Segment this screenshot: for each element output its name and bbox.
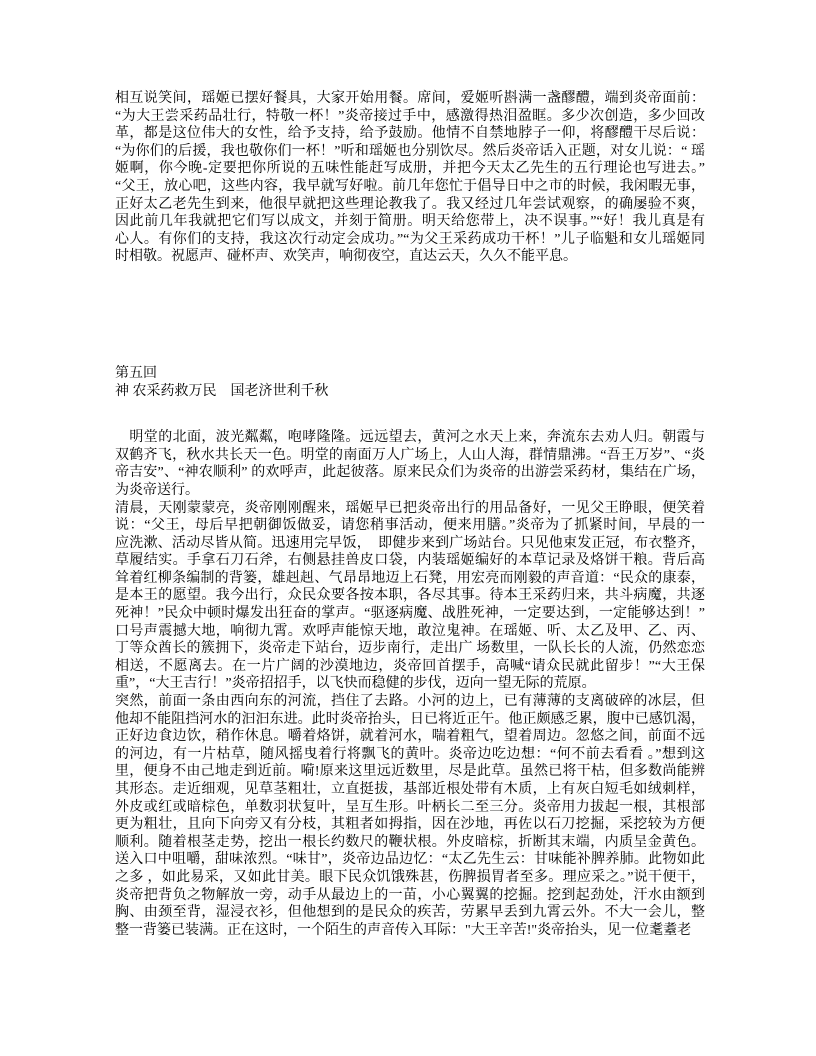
text-line: 其形态。走近细观，见草茎粗壮，立直挺拔，基部近根处带有木质，上有灰白短毛如绒刺样… bbox=[115, 781, 705, 799]
text-line: 姬啊，你今晚-定要把你所说的五味性能赶写成册，并把今天太乙先生的五行理论也写进去… bbox=[115, 160, 705, 178]
text-line: “为大王尝采药品壮行，特敬一杯！”炎帝接过手中，感激得热泪盈眶。多少次创造，多少… bbox=[115, 108, 705, 126]
text-line: 神 农采药救万民 国老济世利千秋 bbox=[115, 383, 705, 401]
text-line: 他却不能阻挡河水的汩汩东进。此时炎帝抬头，日已将近正午。他正颇感乏累，腹中已感饥… bbox=[115, 711, 705, 729]
chapter-number: 第五回 bbox=[115, 365, 705, 383]
text-line: 革，都是这位伟大的女性，给予支持，给予鼓励。他情不自禁地脖子一仰，将醪醴干尽后说… bbox=[115, 125, 705, 143]
text-line: 耸着红柳条编制的背篓，雄赳赳、气昂昂地迈上石凳，用宏亮而刚毅的声音道：“民众的康… bbox=[115, 570, 705, 588]
text-line: 时相敬。祝愿声、碰杯声、欢笑声，响彻夜空，直达云天，久久不能平息。 bbox=[115, 248, 705, 266]
text-line: 更为粗壮，且向下向旁又有分枝，其粗者如拇指，因在沙地，再佐以石刀挖掘，采挖较为方… bbox=[115, 816, 705, 834]
text-line: 明堂的北面，波光粼粼，咆哮隆隆。远远望去，黄河之水天上来，奔流东去劝人归。朝霞与 bbox=[115, 429, 705, 447]
text-line: 帝吉安”、“神农顺利” 的欢呼声，此起彼落。原来民众们为炎帝的出游尝采药材，集结… bbox=[115, 464, 705, 482]
spacer bbox=[115, 400, 705, 429]
text-line: 心人。有你们的支持，我这次行动定会成功。”“为父王采药成功干杯！”儿子临魁和女儿… bbox=[115, 231, 705, 249]
chapter-title: 神 农采药救万民 国老济世利千秋 bbox=[115, 383, 705, 401]
text-line: 重”，“大王吉行！”炎帝招招手，以飞快而稳健的步伐，迈向一望无际的荒原。 bbox=[115, 675, 705, 693]
text-line: 送入口中咀嚼，甜味浓烈。“味甘”，炎帝边品边忆：“太乙先生云：甘味能补脾养肺。此… bbox=[115, 851, 705, 869]
text-line: 死神！”民众中顿时爆发出狂奋的掌声。“驱逐病魔、战胜死神，一定要达到，一定能够达… bbox=[115, 605, 705, 623]
text-line: 突然，前面一条由西向东的河流，挡住了去路。小河的边上，已有薄薄的支离破碎的冰层，… bbox=[115, 693, 705, 711]
text-line: 相送，不愿离去。在一片广阔的沙漠地边，炎帝回首摆手，高喊“请众民就此留步！”“大… bbox=[115, 658, 705, 676]
text-line: 为炎帝送行。 bbox=[115, 482, 705, 500]
text-line: 双鹤齐飞，秋水共长天一色。明堂的南面万人广场上，人山人海，群情鼎沸。“吾王万岁”… bbox=[115, 447, 705, 465]
page-text: 相互说笑间，瑶姬已摆好餐具，大家开始用餐。席间，爱姬听斟满一盏醪醴，端到炎帝面前… bbox=[115, 90, 705, 939]
paragraph-mingtang: 明堂的北面，波光粼粼，咆哮隆隆。远远望去，黄河之水天上来，奔流东去劝人归。朝霞与… bbox=[115, 429, 705, 499]
text-line: “父王，放心吧，这些内容，我早就写好啦。前几年您忙于倡导日中之市的时候，我闲暇无… bbox=[115, 178, 705, 196]
text-line: “为你们的后援，我也敬你们一杯！”听和瑶姬也分别饮尽。然后炎帝话入正题，对女儿说… bbox=[115, 143, 705, 161]
text-line: 外皮或红或暗棕色，单数羽状复叶，呈互生形。叶柄长二至三分。炎帝用力拔起一根，其根… bbox=[115, 799, 705, 817]
paragraph-turan: 突然，前面一条由西向东的河流，挡住了去路。小河的边上，已有薄薄的支离破碎的冰层，… bbox=[115, 693, 705, 939]
continuation-paragraph: 相互说笑间，瑶姬已摆好餐具，大家开始用餐。席间，爱姬听斟满一盏醪醴，端到炎帝面前… bbox=[115, 90, 705, 266]
text-line: 之多 ，如此易采，又如此甘美。眼下民众饥饿殊甚，伤脾损胃者至多。理应采之。”说干… bbox=[115, 869, 705, 887]
text-line: 正好太乙老先生到来，他很早就把这些理论教我了。我又经过几年尝试观察，的确屡验不爽… bbox=[115, 196, 705, 214]
text-line: 炎帝把背负之物解放一旁，动手从最边上的一苗，小心翼翼的挖掘。挖到起劲处，汗水由额… bbox=[115, 887, 705, 905]
text-line: 正好边食边饮，稍作休息。嚼着烙饼，就着河水，喘着粗气，望着周边。忽悠之间，前面不… bbox=[115, 728, 705, 746]
text-line: 清晨，天刚蒙蒙亮，炎帝刚刚醒来，瑶姬早已把炎帝出行的用品备好，一见父王睁眼，便笑… bbox=[115, 500, 705, 518]
text-line: 胸、由颈至背，湿浸衣衫，但他想到的是民众的疾苦，劳累早丢到九霄云外。不大一会儿，… bbox=[115, 904, 705, 922]
text-line: 第五回 bbox=[115, 365, 705, 383]
document-page: 相互说笑间，瑶姬已摆好餐具，大家开始用餐。席间，爱姬听斟满一盏醪醴，端到炎帝面前… bbox=[0, 0, 816, 1056]
text-line: 里，便身不由己地走到近前。嗬!原来这里远近数里，尽是此草。虽然已将干枯，但多数尚… bbox=[115, 763, 705, 781]
text-line: 丁等众酋长的簇拥下，炎帝走下站台，迈步南行，走出广 场数里，一队长长的人流，仍然… bbox=[115, 640, 705, 658]
text-line: 顺利。随着根茎走势，挖出一根长约数尺的鞭状根。外皮暗棕，折断其末端，内质呈金黄色… bbox=[115, 834, 705, 852]
text-line: 草履结实。手拿石刀石斧，右侧悬挂兽皮口袋，内装瑶姬编好的本草记录及烙饼干粮。背后… bbox=[115, 552, 705, 570]
paragraph-qingchen: 清晨，天刚蒙蒙亮，炎帝刚刚醒来，瑶姬早已把炎帝出行的用品备好，一见父王睁眼，便笑… bbox=[115, 500, 705, 694]
text-line: 因此前几年我就把它们写以成文，并刻于简册。明天给您带上，决不误事。”“好！我儿真… bbox=[115, 213, 705, 231]
spacer bbox=[115, 266, 705, 365]
text-line: 应洗漱、活动尽皆从简。迅速用完早饭， 即健步来到广场站台。只见他束发正冠，布衣整… bbox=[115, 535, 705, 553]
text-line: 口号声震撼大地，响彻九霄。欢呼声能惊天地，敢泣鬼神。在瑶姬、听、太乙及甲、乙、丙… bbox=[115, 623, 705, 641]
text-line: 的河边，有一片枯草，随风摇曳着行将飘飞的黄叶。炎帝边吃边想：“何不前去看看 。”… bbox=[115, 746, 705, 764]
text-line: 整一背篓已装满。正在这时，一个陌生的声音传入耳际："大王辛苦!"炎帝抬头，见一位… bbox=[115, 922, 705, 940]
text-line: 是本王的愿望。我今出行，众民众要各按本职，各尽其事。待本王采药归来，共斗病魔，共… bbox=[115, 587, 705, 605]
text-line: 说：“父王，母后早把朝御饭做妥，请您稍事活动，便来用膳。”炎帝为了抓紧时间，早晨… bbox=[115, 517, 705, 535]
text-line: 相互说笑间，瑶姬已摆好餐具，大家开始用餐。席间，爱姬听斟满一盏醪醴，端到炎帝面前… bbox=[115, 90, 705, 108]
